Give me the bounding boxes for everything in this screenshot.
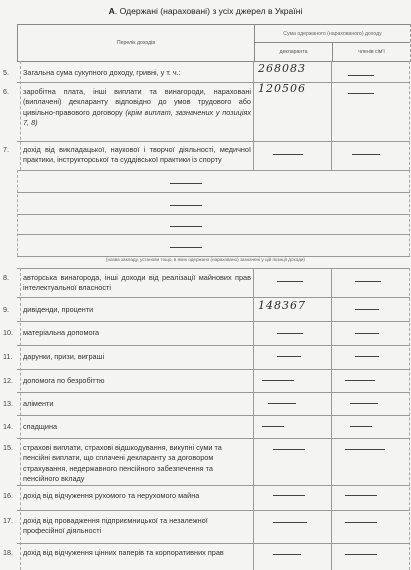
divider [331, 268, 332, 570]
declarant-amount-empty [273, 522, 307, 523]
family-amount-empty [355, 333, 379, 334]
institution-line-2 [170, 205, 202, 206]
divider [17, 268, 410, 269]
declarant-amount-empty [277, 281, 303, 282]
divider [17, 369, 410, 370]
section-title-text: . Одержані (нараховані) з усіх джерел в … [115, 6, 303, 16]
declarant-amount: 268083 [258, 62, 306, 75]
family-amount-empty [350, 426, 372, 427]
row-number: 8. [3, 273, 19, 282]
divider [253, 61, 254, 170]
institution-line-3 [170, 226, 202, 227]
header-family-members: членів сім'ї [333, 43, 410, 61]
header-declarant: декларанта [255, 43, 333, 61]
institution-line-1 [170, 183, 202, 184]
family-amount-empty [345, 380, 375, 381]
declarant-amount-empty [268, 403, 296, 404]
divider [17, 321, 410, 322]
family-amount-empty [355, 309, 379, 310]
row-number: 6. [3, 87, 19, 96]
divider [409, 170, 410, 256]
row-label: дивіденди, проценти [20, 305, 251, 315]
divider [17, 415, 410, 416]
family-amount-empty [355, 356, 379, 357]
declarant-amount-empty [273, 495, 305, 496]
row-number: 13. [3, 399, 19, 408]
header-amount-group: Сума одержаного (нарахованого) доходу [255, 25, 410, 43]
row-number: 9. [3, 305, 19, 314]
row-number: 16. [3, 491, 19, 500]
divider [17, 543, 410, 544]
divider [17, 141, 410, 142]
divider [17, 485, 410, 486]
row-label: спадщина [20, 422, 251, 432]
divider [17, 234, 410, 235]
divider [17, 345, 410, 346]
declarant-amount: 148367 [258, 299, 306, 312]
row-label: заробітна плата, інші виплати та винагор… [20, 87, 251, 129]
divider [253, 268, 254, 570]
row-number: 5. [3, 68, 19, 77]
divider [17, 392, 410, 393]
declarant-amount-empty [277, 356, 301, 357]
family-amount-empty [352, 154, 380, 155]
row-label: матеріальна допомога [20, 328, 251, 338]
row-number: 12. [3, 376, 19, 385]
divider [409, 268, 410, 570]
section-title: А. Одержані (нараховані) з усіх джерел в… [0, 6, 411, 16]
row-label: дарунки, призи, виграші [20, 352, 251, 362]
row-number: 18. [3, 548, 19, 557]
row-number: 17. [3, 516, 19, 525]
divider [17, 170, 410, 171]
row-number: 15. [3, 443, 19, 452]
institution-line-4 [170, 247, 202, 248]
institution-caption: (назва закладу, установи тощо, в яких од… [0, 257, 411, 262]
declarant-amount-empty [273, 554, 301, 555]
declarant-amount-empty [273, 154, 303, 155]
row-label: дохід від провадження підприємницької та… [20, 516, 251, 537]
declarant-amount-empty [277, 333, 303, 334]
row-number: 10. [3, 328, 19, 337]
family-amount-empty [355, 281, 381, 282]
divider [17, 214, 410, 215]
divider [17, 297, 410, 298]
declarant-amount-empty [273, 449, 305, 450]
divider [17, 438, 410, 439]
row-label: аліменти [20, 399, 251, 409]
divider [17, 82, 410, 83]
declarant-amount: 120506 [258, 82, 306, 95]
table-header: Перелік доходів Сума одержаного (нарахов… [17, 24, 411, 62]
divider [409, 61, 410, 170]
divider [17, 192, 410, 193]
row-number: 11. [3, 352, 19, 361]
family-amount-empty [345, 554, 377, 555]
row-label: Загальна сума сукупного доходу, гривні, … [20, 68, 251, 78]
row-label: дохід від викладацької, наукової і творч… [20, 145, 251, 166]
row-label: дохід від відчуження рухомого та нерухом… [20, 491, 251, 501]
declarant-amount-empty [262, 380, 294, 381]
family-amount-empty [350, 403, 378, 404]
row-label: авторська винагорода, інші доходи від ре… [20, 273, 251, 294]
family-amount-empty [348, 75, 374, 76]
declarant-amount-empty [262, 426, 284, 427]
family-amount-empty [345, 522, 377, 523]
row-label: допомога по безробіттю [20, 376, 251, 386]
family-amount-empty [345, 495, 377, 496]
divider [17, 170, 18, 256]
row-number: 14. [3, 422, 19, 431]
row-label: дохід від відчуження цінних паперів та к… [20, 548, 251, 558]
row-number: 7. [3, 145, 19, 154]
divider [331, 61, 332, 170]
row-label: страхові виплати, страхові відшкодування… [20, 443, 241, 485]
divider [17, 510, 410, 511]
family-amount-empty [345, 449, 385, 450]
family-amount-empty [348, 93, 374, 94]
header-income-list: Перелік доходів [18, 25, 255, 61]
